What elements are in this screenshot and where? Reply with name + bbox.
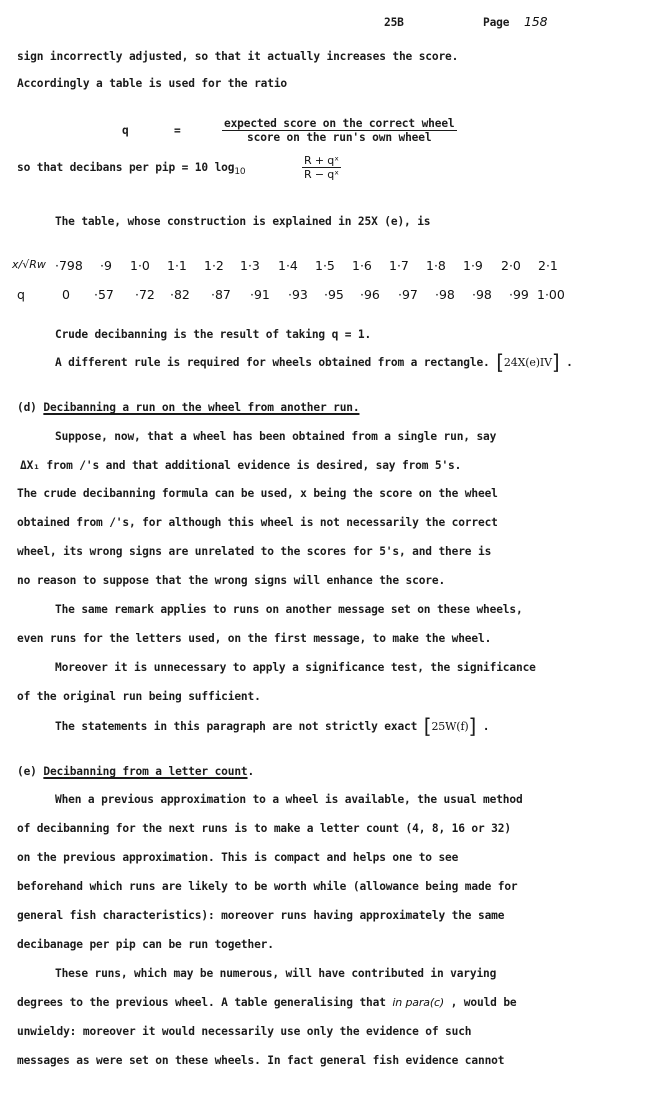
- table-cell: 1·5: [315, 258, 335, 273]
- text-line: obtained from /'s, for although this whe…: [17, 516, 498, 530]
- table-cell: ·87: [211, 287, 231, 302]
- text-line: beforehand which runs are likely to be w…: [17, 880, 518, 894]
- text-line: on the previous approximation. This is c…: [17, 851, 458, 865]
- table-cell: 1·3: [240, 258, 260, 273]
- deciban-text: so that decibans per pip = 10 log: [17, 161, 234, 174]
- table-cell: 1·1: [167, 258, 187, 273]
- bracket-close: ]: [552, 350, 560, 374]
- section-title: Decibanning from a letter count: [43, 765, 247, 778]
- text-line: unwieldy: moreover it would necessarily …: [17, 1025, 471, 1039]
- table-cell: 0: [62, 287, 70, 302]
- text-line: messages as were set on these wheels. In…: [17, 1054, 504, 1068]
- ratio-denominator: score on the run's own wheel: [222, 131, 457, 144]
- text-line: wheel, its wrong signs are unrelated to …: [17, 545, 491, 559]
- cross-reference: 25W(f): [431, 720, 468, 733]
- text-line: The crude decibanning formula can be use…: [17, 487, 498, 501]
- text-line: general fish characteristics): moreover …: [17, 909, 504, 923]
- deciban-denominator: R − qˣ: [302, 168, 341, 181]
- handwritten-insert: in para(c): [392, 996, 444, 1009]
- rect-end: .: [566, 356, 573, 369]
- table-cell: 1·6: [352, 258, 372, 273]
- table-cell: 1·0: [130, 258, 150, 273]
- title-end: .: [248, 765, 255, 778]
- table-row-label: x/√Rw: [12, 258, 46, 271]
- table-cell: 2·1: [538, 258, 558, 273]
- table-cell: 1·8: [426, 258, 446, 273]
- table-cell: ·98: [435, 287, 455, 302]
- text-line: These runs, which may be numerous, will …: [55, 967, 496, 981]
- ratio-equals: =: [174, 124, 181, 138]
- text-line: When a previous approximation to a wheel…: [55, 793, 523, 807]
- text-line: Crude decibanning is the result of takin…: [55, 328, 371, 342]
- table-cell: ·93: [288, 287, 308, 302]
- text-line: of decibanning for the next runs is to m…: [17, 822, 511, 836]
- table-cell: 1·4: [278, 258, 298, 273]
- page-label: Page: [483, 16, 509, 30]
- deciban-fraction: R + qˣ R − qˣ: [302, 155, 341, 181]
- deciban-numerator: R + qˣ: [302, 155, 341, 168]
- table-cell: ·57: [94, 287, 114, 302]
- text-line: of the original run being sufficient.: [17, 690, 261, 704]
- section-label: (d): [17, 401, 37, 414]
- text-line: no reason to suppose that the wrong sign…: [17, 574, 445, 588]
- log-base: 10: [234, 167, 245, 177]
- table-row-label: q: [17, 287, 25, 302]
- text-line: The table, whose construction is explain…: [55, 215, 430, 229]
- deciban-formula-prefix: so that decibans per pip = 10 log10: [17, 161, 245, 179]
- text-line: The same remark applies to runs on anoth…: [55, 603, 523, 617]
- cross-reference: 24X(e)IV: [504, 356, 552, 369]
- statement-end: .: [483, 720, 490, 733]
- rect-text: A different rule is required for wheels …: [55, 356, 490, 369]
- table-cell: 2·0: [501, 258, 521, 273]
- text-line: The statements in this paragraph are not…: [55, 719, 489, 734]
- text-segment: degrees to the previous wheel. A table g…: [17, 996, 386, 1009]
- ratio-fraction: expected score on the correct wheel scor…: [222, 118, 457, 144]
- table-cell: ·82: [170, 287, 190, 302]
- table-cell: 1·00: [537, 287, 565, 302]
- table-cell: ·98: [472, 287, 492, 302]
- table-cell: ·9: [100, 258, 112, 273]
- text-line: Accordingly a table is used for the rati…: [17, 77, 287, 91]
- table-cell: ·96: [360, 287, 380, 302]
- table-cell: ·99: [509, 287, 529, 302]
- text-line: even runs for the letters used, on the f…: [17, 632, 491, 646]
- section-d-heading: (d) Decibanning a run on the wheel from …: [17, 401, 359, 415]
- section-title: Decibanning a run on the wheel from anot…: [43, 401, 359, 414]
- text-line: decibanage per pip can be run together.: [17, 938, 274, 952]
- table-cell: 1·2: [204, 258, 224, 273]
- text-line: Moreover it is unnecessary to apply a si…: [55, 661, 536, 675]
- table-cell: ·97: [398, 287, 418, 302]
- text-line: degrees to the previous wheel. A table g…: [17, 996, 517, 1010]
- statement-text: The statements in this paragraph are not…: [55, 720, 417, 733]
- ratio-numerator: expected score on the correct wheel: [222, 118, 457, 131]
- table-cell: ·91: [250, 287, 270, 302]
- text-line: sign incorrectly adjusted, so that it ac…: [17, 50, 458, 64]
- page-number: 158: [524, 15, 547, 29]
- text-line: Suppose, now, that a wheel has been obta…: [55, 430, 496, 444]
- table-cell: ·95: [324, 287, 344, 302]
- text-line: ΔX₁ from /'s and that additional evidenc…: [20, 459, 461, 473]
- text-segment: , would be: [451, 996, 517, 1009]
- section-e-heading: (e) Decibanning from a letter count.: [17, 765, 254, 779]
- section-label: (e): [17, 765, 37, 778]
- table-cell: ·798: [55, 258, 83, 273]
- table-cell: ·72: [135, 287, 155, 302]
- text-line: A different rule is required for wheels …: [55, 355, 573, 370]
- section-code: 25B: [384, 16, 404, 30]
- table-cell: 1·9: [463, 258, 483, 273]
- table-cell: 1·7: [389, 258, 409, 273]
- ratio-lhs: q: [122, 124, 129, 138]
- bracket-close: ]: [469, 714, 477, 738]
- bracket-open: [: [496, 350, 504, 374]
